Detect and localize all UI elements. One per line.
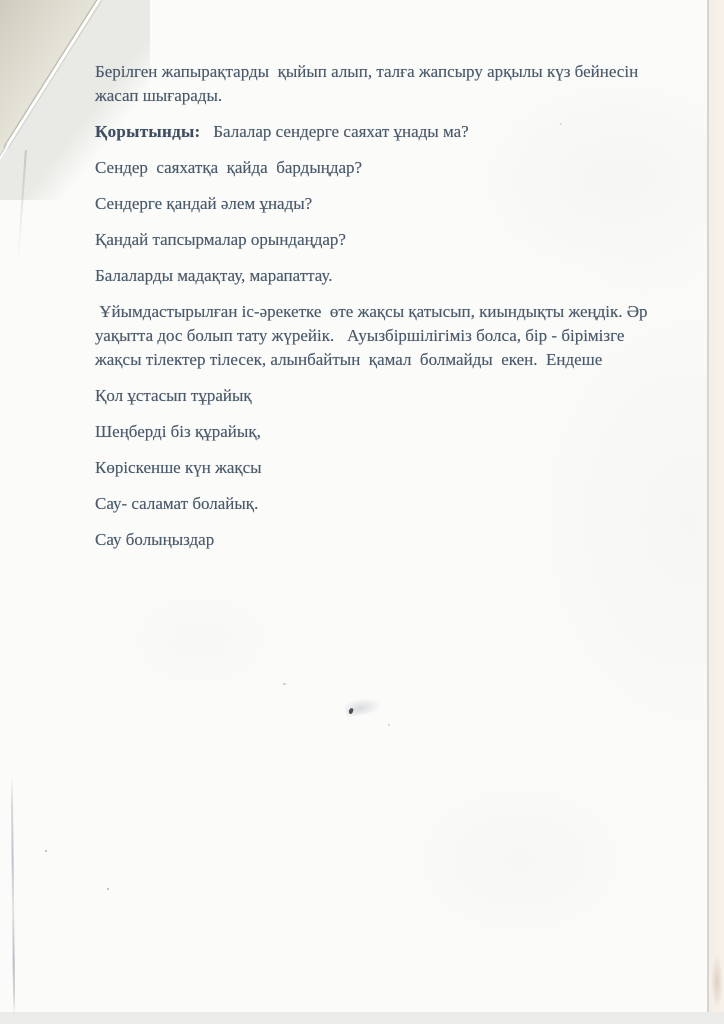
text-line: Сау- саламат болайық.: [95, 492, 680, 516]
text-line: Берілген жапырақтарды қыйып алып, талға …: [95, 60, 680, 84]
page-bottom-edge: [0, 1012, 724, 1024]
scratch-artifact: [11, 776, 16, 1016]
paper-speck: [107, 888, 109, 890]
text-line: Шеңберді біз құрайық,: [95, 420, 680, 444]
paper-speck: [45, 850, 47, 852]
document-text: Берілген жапырақтарды қыйып алып, талға …: [95, 60, 680, 564]
paragraph-summary: Ұйымдастырылған іс-әрекетке өте жақсы қа…: [95, 300, 680, 372]
ink-smudge-smear: [344, 694, 383, 717]
verse-line: Шеңберді біз құрайық,: [95, 420, 680, 444]
text-line: Қорытынды: Балалар сендерге саяхат ұнады…: [95, 120, 680, 144]
verse-line: Көріскенше күн жақсы: [95, 456, 680, 480]
text-line: Көріскенше күн жақсы: [95, 456, 680, 480]
conclusion-label: Қорытынды:: [95, 122, 201, 141]
text-line: жасап шығарады.: [95, 84, 680, 108]
question-line: Қандай тапсырмалар орындаңдар?: [95, 228, 680, 252]
crease-line: [17, 150, 27, 262]
text-line: уақытта дос болып тату жүрейік. Ауызбірш…: [95, 324, 680, 348]
right-edge-smudge: [711, 954, 723, 1009]
text-line: Сендер саяхатқа қайда бардыңдар?: [95, 156, 680, 180]
text-line: жақсы тілектер тілесек, алынбайтын қамал…: [95, 348, 680, 372]
scanned-page: Берілген жапырақтарды қыйып алып, талға …: [0, 0, 724, 1024]
paper-speck: [283, 683, 286, 685]
paper-speck: [388, 724, 390, 726]
verse-line: Сау- саламат болайық.: [95, 492, 680, 516]
verse-line: Сау болыңыздар: [95, 528, 680, 552]
question-line: Сендерге қандай әлем ұнады?: [95, 192, 680, 216]
text-line: Сендерге қандай әлем ұнады?: [95, 192, 680, 216]
text-line: Қол ұстасып тұрайық: [95, 384, 680, 408]
text-line: Балаларды мадақтау, марапаттау.: [95, 264, 680, 288]
paragraph-activity: Берілген жапырақтарды қыйып алып, талға …: [95, 60, 680, 108]
page-right-edge: [707, 0, 724, 1024]
text-line: Қандай тапсырмалар орындаңдар?: [95, 228, 680, 252]
question-line: Сендер саяхатқа қайда бардыңдар?: [95, 156, 680, 180]
paragraph-conclusion: Қорытынды: Балалар сендерге саяхат ұнады…: [95, 120, 680, 144]
text-line: Ұйымдастырылған іс-әрекетке өте жақсы қа…: [95, 300, 680, 324]
verse-line: Қол ұстасып тұрайық: [95, 384, 680, 408]
note-line: Балаларды мадақтау, марапаттау.: [95, 264, 680, 288]
text-line: Сау болыңыздар: [95, 528, 680, 552]
conclusion-question: Балалар сендерге саяхат ұнады ма?: [201, 122, 469, 141]
